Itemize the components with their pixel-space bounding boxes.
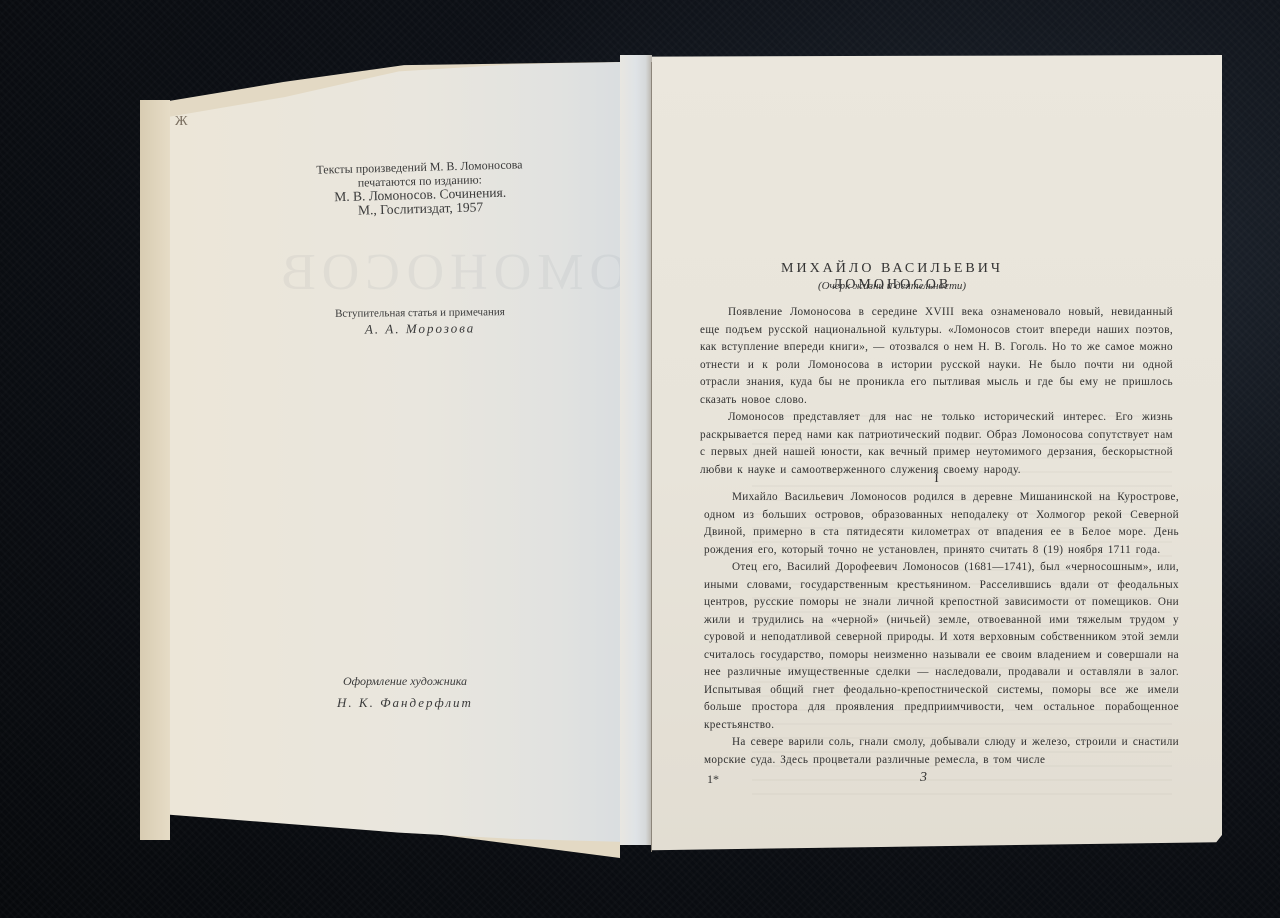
paragraph: Ломоносов представляет для нас не только…	[700, 409, 1173, 479]
book-cover-edge	[140, 100, 170, 840]
design-credit: Оформление художника Н. К. Фандерфлит	[320, 670, 490, 714]
design-credit-author: Н. К. Фандерфлит	[320, 692, 490, 714]
signature-mark: 1*	[707, 772, 719, 787]
paragraph: Отец его, Василий Дорофеевич Ломоносов (…	[704, 559, 1179, 734]
paragraph: Михайло Васильевич Ломоносов родился в д…	[704, 489, 1179, 559]
chapter-subtitle: (Очерк жизни и деятельности)	[722, 280, 1062, 292]
book-gutter	[620, 55, 652, 845]
editions-note: Тексты произведений М. В. Ломоносова печ…	[299, 157, 540, 219]
intro-text: Появление Ломоносова в середине XVIII ве…	[700, 304, 1173, 479]
intro-credit: Вступительная статья и примечания А. А. …	[300, 305, 540, 338]
page-number: 3	[920, 770, 927, 786]
gutter-fold-line	[651, 62, 652, 852]
section-text: Михайло Васильевич Ломоносов родился в д…	[704, 489, 1179, 769]
intro-credit-author: А. А. Морозова	[300, 320, 540, 338]
section-number: I	[700, 470, 1173, 486]
intro-credit-label: Вступительная статья и примечания	[335, 306, 505, 320]
spine-mark: Ж	[175, 114, 188, 130]
paragraph: На севере варили соль, гнали смолу, добы…	[704, 734, 1179, 769]
paragraph: Появление Ломоносова в середине XVIII ве…	[700, 304, 1173, 409]
design-credit-label: Оформление художника	[343, 674, 467, 688]
show-through-title: ЛОМОНОСОВ	[275, 243, 668, 302]
